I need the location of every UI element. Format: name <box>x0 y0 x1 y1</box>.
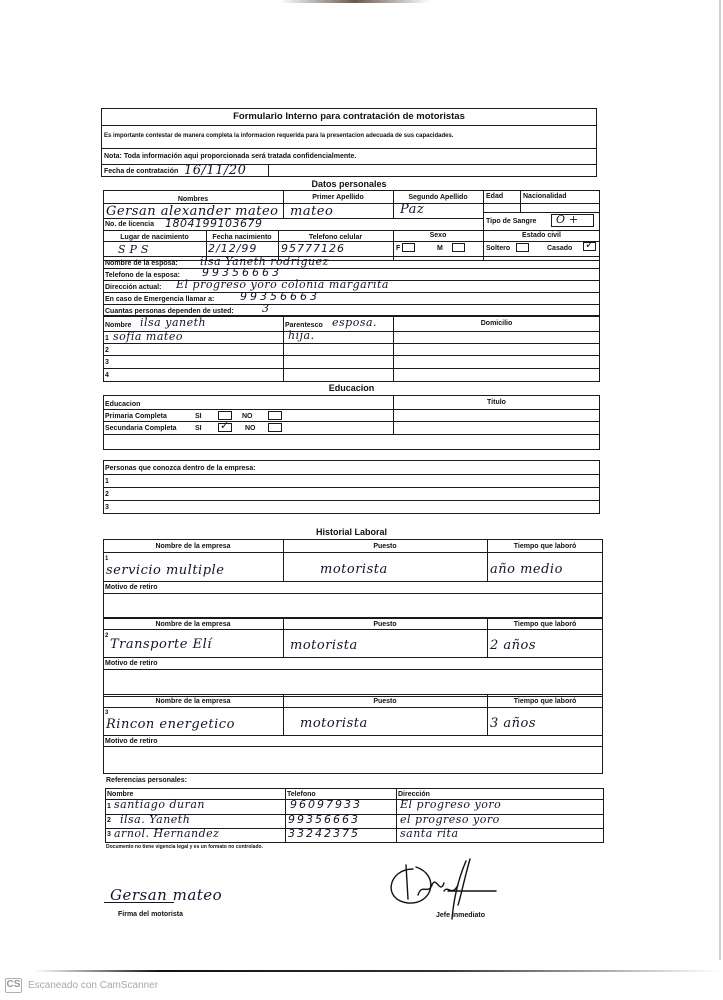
nacionalidad-field[interactable] <box>523 203 598 212</box>
lugar-nacimiento-field[interactable]: SPS <box>118 244 152 255</box>
scanned-page: Formulario Interno para contratación de … <box>0 0 723 1000</box>
known-person-row-number: 2 <box>105 491 109 498</box>
work-empresa-field[interactable]: Rincon energetico <box>106 718 235 731</box>
reference-direccion-field[interactable]: santa rita <box>400 828 459 839</box>
secundaria-si-label: SI <box>195 425 202 432</box>
esposa-telefono-label: Telefono de la esposa: <box>105 272 180 279</box>
work-header-puesto: Puesto <box>283 621 487 628</box>
esposa-telefono-field[interactable]: 99356663 <box>202 267 282 278</box>
dependents-header-nombre-value[interactable]: ilsa yaneth <box>140 317 206 328</box>
known-person-row-number: 3 <box>105 504 109 511</box>
work-tiempo-field[interactable]: 2 años <box>490 639 536 652</box>
references-label: Referencias personales: <box>106 777 187 784</box>
boss-signature-label: Jefe Inmediato <box>436 912 485 919</box>
dependent-row-number: 4 <box>105 372 109 379</box>
work-header-empresa: Nombre de la empresa <box>103 543 283 550</box>
tipo-sangre-field[interactable]: O+ <box>556 214 582 225</box>
work-puesto-field[interactable]: motorista <box>290 639 358 652</box>
dependents-header-nombre: Nombre <box>105 322 131 329</box>
references-header-telefono: Telefono <box>287 791 316 798</box>
secundaria-no-label: NO <box>245 425 256 432</box>
references-header-direccion: Dirección <box>398 791 430 798</box>
work-motivo-label: Motivo de retiro <box>105 584 158 591</box>
reference-nombre-field[interactable]: ilsa. Yaneth <box>120 814 190 825</box>
reference-direccion-field[interactable]: El progreso yoro <box>400 799 501 810</box>
tipo-sangre-label: Tipo de Sangre <box>486 218 536 225</box>
estado-civil-label: Estado civil <box>483 232 600 239</box>
sexo-f-checkbox[interactable] <box>402 243 415 252</box>
work-header-tiempo: Tiempo que laboró <box>487 621 603 628</box>
secundaria-si-checkbox[interactable] <box>218 423 232 432</box>
section-title-education: Educacion <box>103 384 600 393</box>
dependents-header-parentesco: Parentesco <box>285 322 323 329</box>
fecha-nacimiento-label: Fecha nacimiento <box>206 234 278 241</box>
casado-label: Casado <box>547 245 572 252</box>
reference-row-number: 2 <box>107 817 111 824</box>
work-puesto-field[interactable]: motorista <box>320 563 388 576</box>
disclaimer: Documento no tiene vigencia legal y es u… <box>106 845 263 850</box>
work-header-tiempo: Tiempo que laboró <box>487 543 603 550</box>
work-tiempo-field[interactable]: año medio <box>490 563 563 576</box>
sexo-f-label: F <box>396 245 400 252</box>
licencia-label: No. de licencia <box>105 221 154 228</box>
titulo-header: Titulo <box>393 399 600 406</box>
reference-telefono-field[interactable]: 96097933 <box>290 799 362 810</box>
page-bottom-edge <box>20 970 720 972</box>
driver-signature: Gersan mateo <box>110 888 222 903</box>
reference-nombre-field[interactable]: arnol. Hernandez <box>114 828 219 839</box>
edad-field[interactable] <box>486 203 520 212</box>
work-header-empresa: Nombre de la empresa <box>103 621 283 628</box>
reference-nombre-field[interactable]: santiago duran <box>114 799 205 810</box>
camscanner-logo-icon: CS <box>5 978 22 993</box>
primaria-label: Primaria Completa <box>105 413 167 420</box>
work-empresa-field[interactable]: servicio multiple <box>106 564 224 577</box>
known-people-label: Personas que conozca dentro de la empres… <box>105 465 256 472</box>
work-header-puesto: Puesto <box>283 543 487 550</box>
form-note: Nota: Toda información aqui proporcionad… <box>104 153 356 160</box>
section-title-personal: Datos personales <box>101 180 597 189</box>
work-header-puesto: Puesto <box>283 698 487 705</box>
references-header-nombre: Nombre <box>107 791 133 798</box>
reference-row-number: 1 <box>107 803 111 810</box>
dependientes-field[interactable]: 3 <box>262 303 270 314</box>
hire-date-field[interactable]: 16/11/20 <box>184 164 246 177</box>
page-edge-shadow <box>280 0 430 3</box>
primaria-no-checkbox[interactable] <box>268 411 282 420</box>
primaria-no-label: NO <box>242 413 253 420</box>
dependents-header-domicilio: Domicilio <box>393 320 600 327</box>
direccion-field[interactable]: El progreso yoro colonia margarita <box>176 279 389 290</box>
work-entry-number: 2 <box>105 633 108 639</box>
dependent-nombre-field[interactable]: sofia mateo <box>113 331 183 342</box>
soltero-checkbox[interactable] <box>516 243 529 252</box>
page-edge-right <box>719 0 721 960</box>
known-person-row-number: 1 <box>105 478 109 485</box>
soltero-label: Soltero <box>486 245 510 252</box>
driver-signature-line <box>104 902 174 903</box>
reference-row-number: 3 <box>107 831 111 838</box>
form-instruction: Es importante contestar de manera comple… <box>104 133 453 139</box>
work-entry <box>103 539 603 619</box>
work-entry <box>103 694 603 774</box>
emergencia-label: En caso de Emergencia llamar a: <box>105 296 214 303</box>
secundaria-no-checkbox[interactable] <box>268 423 282 432</box>
hire-date-label: Fecha de contratación <box>104 168 178 175</box>
esposa-nombre-label: Nombre de la esposa: <box>105 260 178 267</box>
dependents-header-parentesco-value[interactable]: esposa. <box>332 317 377 328</box>
work-puesto-field[interactable]: motorista <box>300 717 368 730</box>
fecha-nacimiento-field[interactable]: 2/12/99 <box>208 243 257 254</box>
dependent-row-number: 3 <box>105 359 109 366</box>
reference-telefono-field[interactable]: 33242375 <box>288 828 360 839</box>
dependent-parentesco-field[interactable]: hija. <box>288 330 315 341</box>
telefono-celular-label: Telefono celular <box>278 234 393 241</box>
camscanner-watermark: Escaneado con CamScanner <box>28 980 158 991</box>
licencia-field[interactable]: 1804199103679 <box>165 218 262 229</box>
driver-signature-label: Firma del motorista <box>118 911 183 918</box>
segundo-apellido-field[interactable]: Paz <box>400 203 424 216</box>
work-header-tiempo: Tiempo que laboró <box>487 698 603 705</box>
dependent-row-number: 1 <box>105 335 109 342</box>
sexo-m-label: M <box>437 245 443 252</box>
form-title: Formulario Interno para contratación de … <box>101 112 597 122</box>
work-motivo-label: Motivo de retiro <box>105 660 158 667</box>
emergencia-field[interactable]: 99356663 <box>240 291 320 302</box>
work-empresa-field[interactable]: Transporte Elí <box>110 638 212 651</box>
lugar-nacimiento-label: Lugar de nacimiento <box>103 234 206 241</box>
work-entry-number: 1 <box>105 556 108 562</box>
work-tiempo-field[interactable]: 3 años <box>490 717 536 730</box>
casado-checkbox[interactable] <box>583 242 596 251</box>
dependent-row-number: 2 <box>105 347 109 354</box>
reference-direccion-field[interactable]: el progreso yoro <box>400 814 500 825</box>
header-edad: Edad <box>486 193 503 200</box>
secundaria-label: Secundaria Completa <box>105 425 177 432</box>
work-header-empresa: Nombre de la empresa <box>103 698 283 705</box>
reference-telefono-field[interactable]: 99356663 <box>288 814 360 825</box>
work-motivo-label: Motivo de retiro <box>105 738 158 745</box>
section-title-work-history: Historial Laboral <box>103 528 600 537</box>
primaria-si-label: SI <box>195 413 202 420</box>
dependientes-label: Cuantas personas dependen de usted: <box>105 308 234 315</box>
header-segundo-apellido: Segundo Apellido <box>393 194 483 201</box>
primer-apellido-field[interactable]: mateo <box>290 205 333 218</box>
sexo-m-checkbox[interactable] <box>452 243 465 252</box>
header-primer-apellido: Primer Apellido <box>283 194 393 201</box>
education-header: Educacion <box>105 401 140 408</box>
header-nombres: Nombres <box>103 196 283 203</box>
work-entry-number: 3 <box>105 710 108 716</box>
direccion-label: Dirección actual: <box>105 284 161 291</box>
sexo-label: Sexo <box>393 232 483 239</box>
telefono-celular-field[interactable]: 95777126 <box>281 243 345 254</box>
header-nacionalidad: Nacionalidad <box>523 193 567 200</box>
